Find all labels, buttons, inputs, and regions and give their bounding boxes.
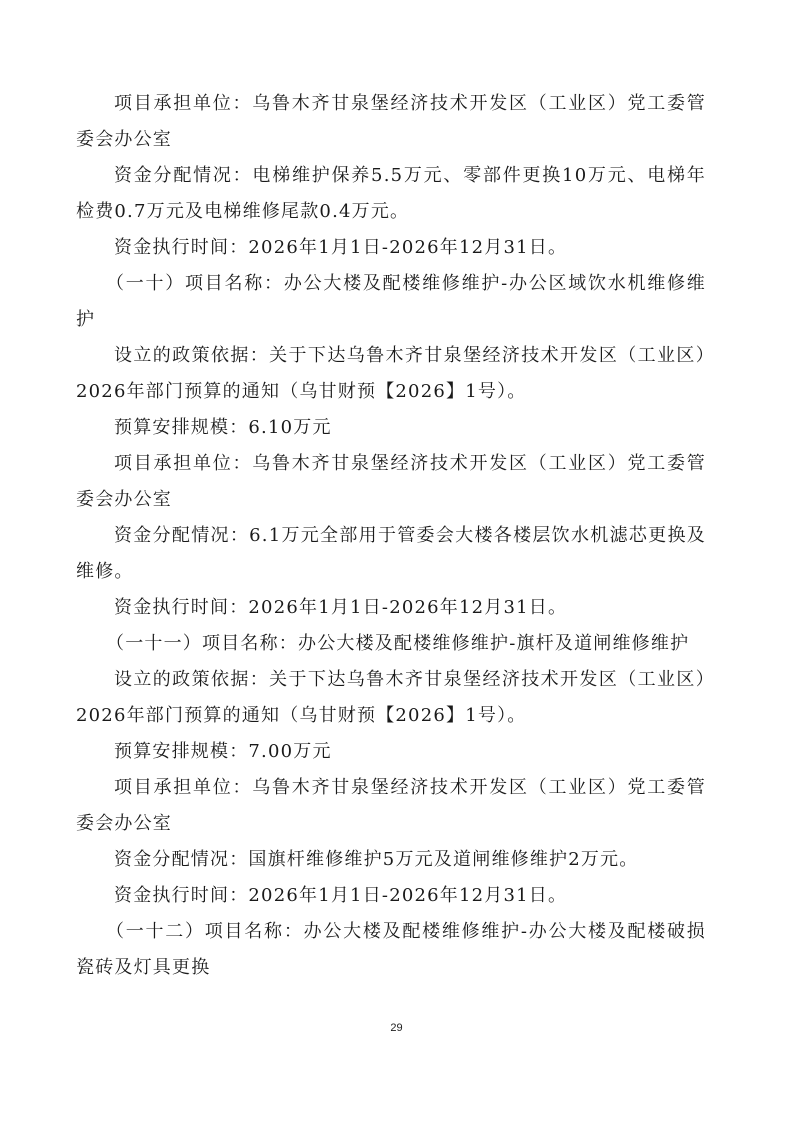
paragraph-unit-10: 项目承担单位：乌鲁木齐甘泉堡经济技术开发区（工业区）党工委管委会办公室 [76,446,706,518]
paragraph-budget-11: 预算安排规模：7.00万元 [76,734,706,770]
paragraph-execution-1: 资金执行时间：2026年1月1日-2026年12月31日。 [76,230,706,266]
project-heading-10: （一十）项目名称：办公大楼及配楼维修维护-办公区域饮水机维修维护 [76,266,706,338]
paragraph-unit-11: 项目承担单位：乌鲁木齐甘泉堡经济技术开发区（工业区）党工委管委会办公室 [76,770,706,842]
paragraph-policy-10: 设立的政策依据：关于下达乌鲁木齐甘泉堡经济技术开发区（工业区）2026年部门预算… [76,338,706,410]
paragraph-unit-1: 项目承担单位：乌鲁木齐甘泉堡经济技术开发区（工业区）党工委管委会办公室 [76,86,706,158]
page-number: 29 [0,1022,793,1034]
document-page: 项目承担单位：乌鲁木齐甘泉堡经济技术开发区（工业区）党工委管委会办公室 资金分配… [76,86,706,986]
paragraph-allocation-10: 资金分配情况：6.1万元全部用于管委会大楼各楼层饮水机滤芯更换及维修。 [76,518,706,590]
paragraph-budget-10: 预算安排规模：6.10万元 [76,410,706,446]
paragraph-allocation-11: 资金分配情况：国旗杆维修维护5万元及道闸维修维护2万元。 [76,842,706,878]
paragraph-execution-10: 资金执行时间：2026年1月1日-2026年12月31日。 [76,590,706,626]
project-heading-12: （一十二）项目名称：办公大楼及配楼维修维护-办公大楼及配楼破损瓷砖及灯具更换 [76,914,706,986]
paragraph-policy-11: 设立的政策依据：关于下达乌鲁木齐甘泉堡经济技术开发区（工业区）2026年部门预算… [76,662,706,734]
project-heading-11: （一十一）项目名称：办公大楼及配楼维修维护-旗杆及道闸维修维护 [76,626,706,662]
paragraph-execution-11: 资金执行时间：2026年1月1日-2026年12月31日。 [76,878,706,914]
paragraph-allocation-1: 资金分配情况：电梯维护保养5.5万元、零部件更换10万元、电梯年检费0.7万元及… [76,158,706,230]
